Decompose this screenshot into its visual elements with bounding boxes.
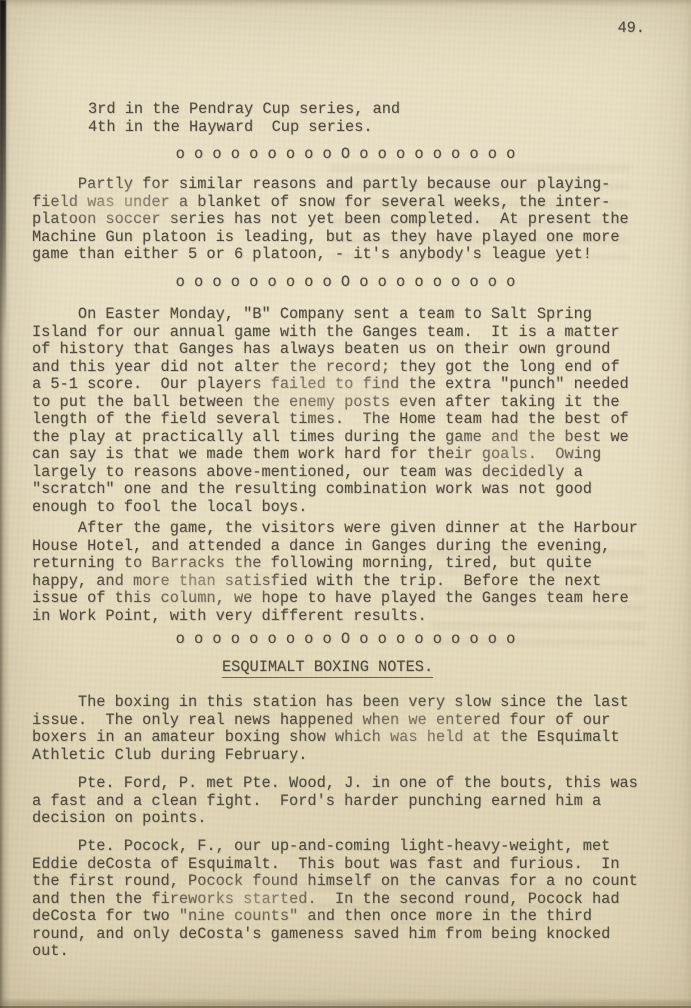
soccer-series-paragraph: Partly for similar reasons and partly be…	[32, 176, 629, 264]
page-top-edge-shadow	[0, 0, 691, 6]
section-heading-esquimalt-boxing-notes: ESQUIMALT BOXING NOTES.	[222, 659, 433, 677]
page-number: 49.	[617, 20, 645, 38]
separator-row: o o o o o o o o o O o o o o o o o o o	[0, 631, 691, 649]
page-left-edge-dark-strip	[0, 0, 6, 340]
boxing-intro-paragraph: The boxing in this station has been very…	[32, 694, 629, 764]
separator-row: o o o o o o o o o O o o o o o o o o o	[0, 274, 691, 292]
after-game-paragraph: After the game, the visitors were given …	[32, 520, 638, 625]
salt-spring-game-paragraph: On Easter Monday, "B" Company sent a tea…	[32, 306, 629, 516]
ford-wood-bout-paragraph: Pte. Ford, P. met Pte. Wood, J. in one o…	[32, 775, 638, 828]
separator-row: o o o o o o o o o O o o o o o o o o o	[0, 146, 691, 164]
cup-standings-lines: 3rd in the Pendray Cup series, and 4th i…	[88, 101, 400, 136]
section-heading-text: ESQUIMALT BOXING NOTES.	[222, 658, 433, 678]
pocock-decosta-bout-paragraph: Pte. Pocock, F., our up-and-coming light…	[32, 838, 638, 961]
scanned-document-page: 49. 3rd in the Pendray Cup series, and 4…	[0, 0, 691, 1008]
page-bottom-edge-shadow	[0, 998, 691, 1008]
